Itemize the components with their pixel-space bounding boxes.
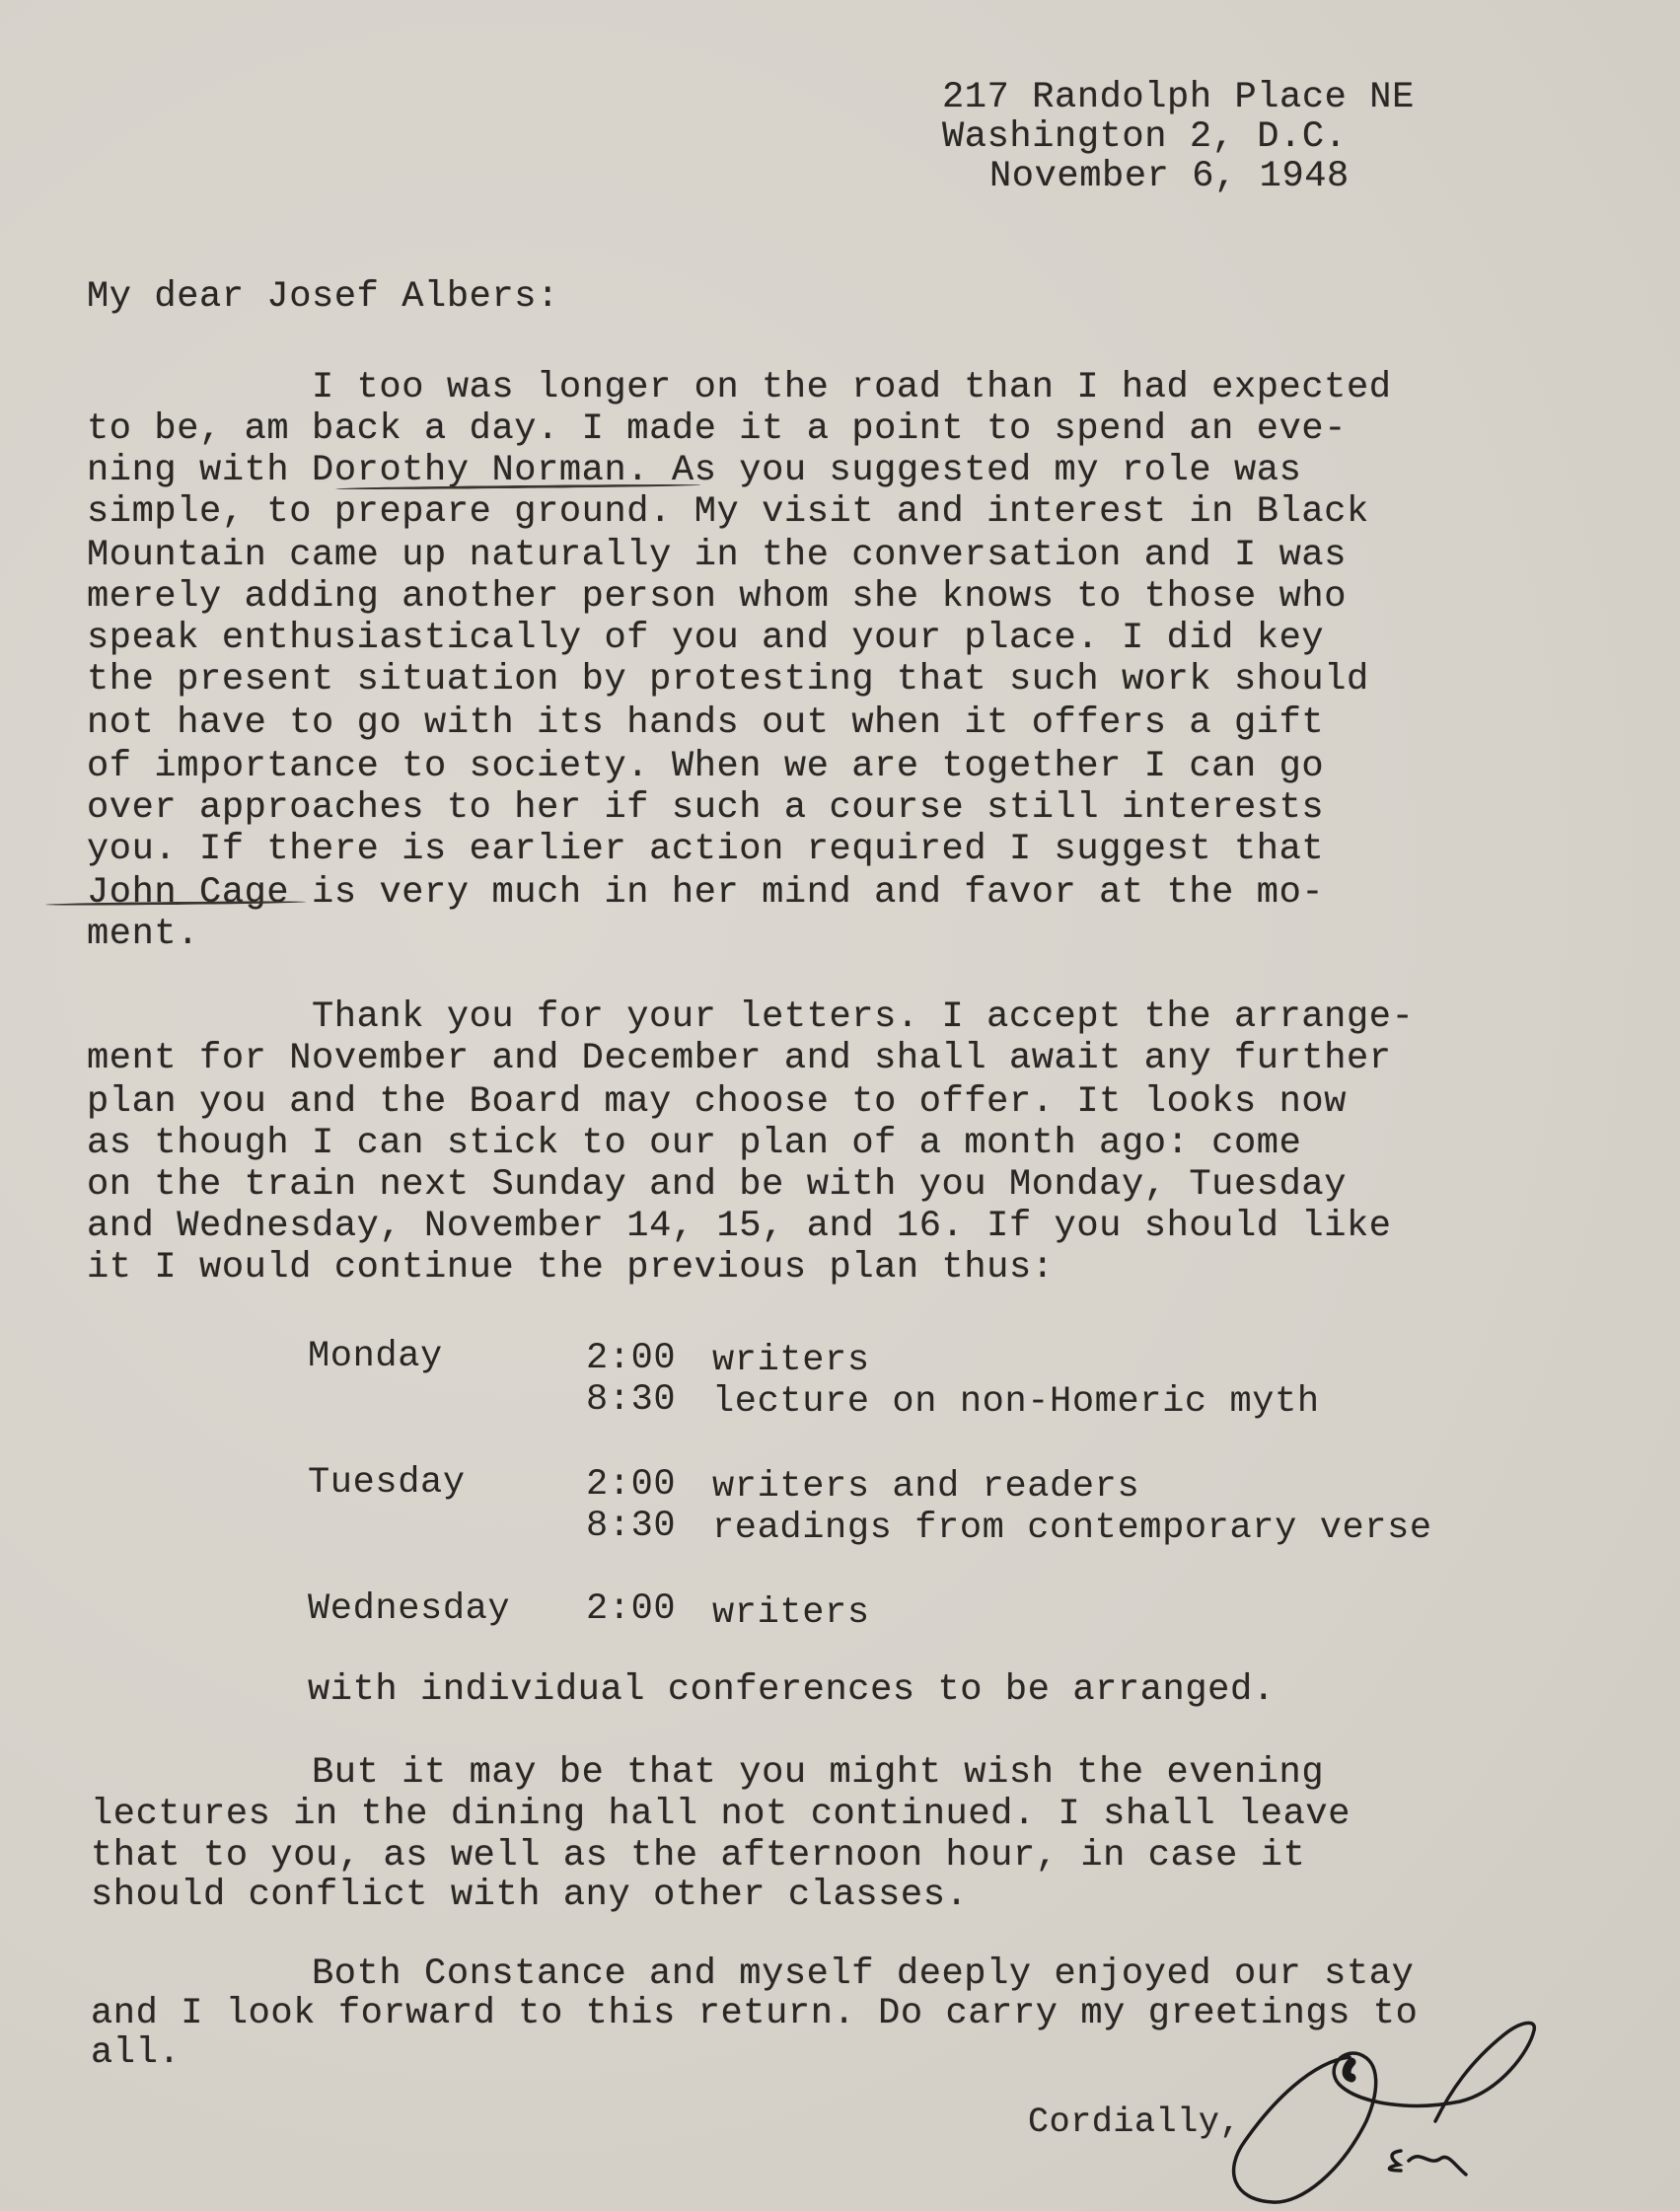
signature-icon: [0, 0, 1680, 2211]
letter-page: 217 Randolph Place NE Washington 2, D.C.…: [0, 0, 1680, 2211]
